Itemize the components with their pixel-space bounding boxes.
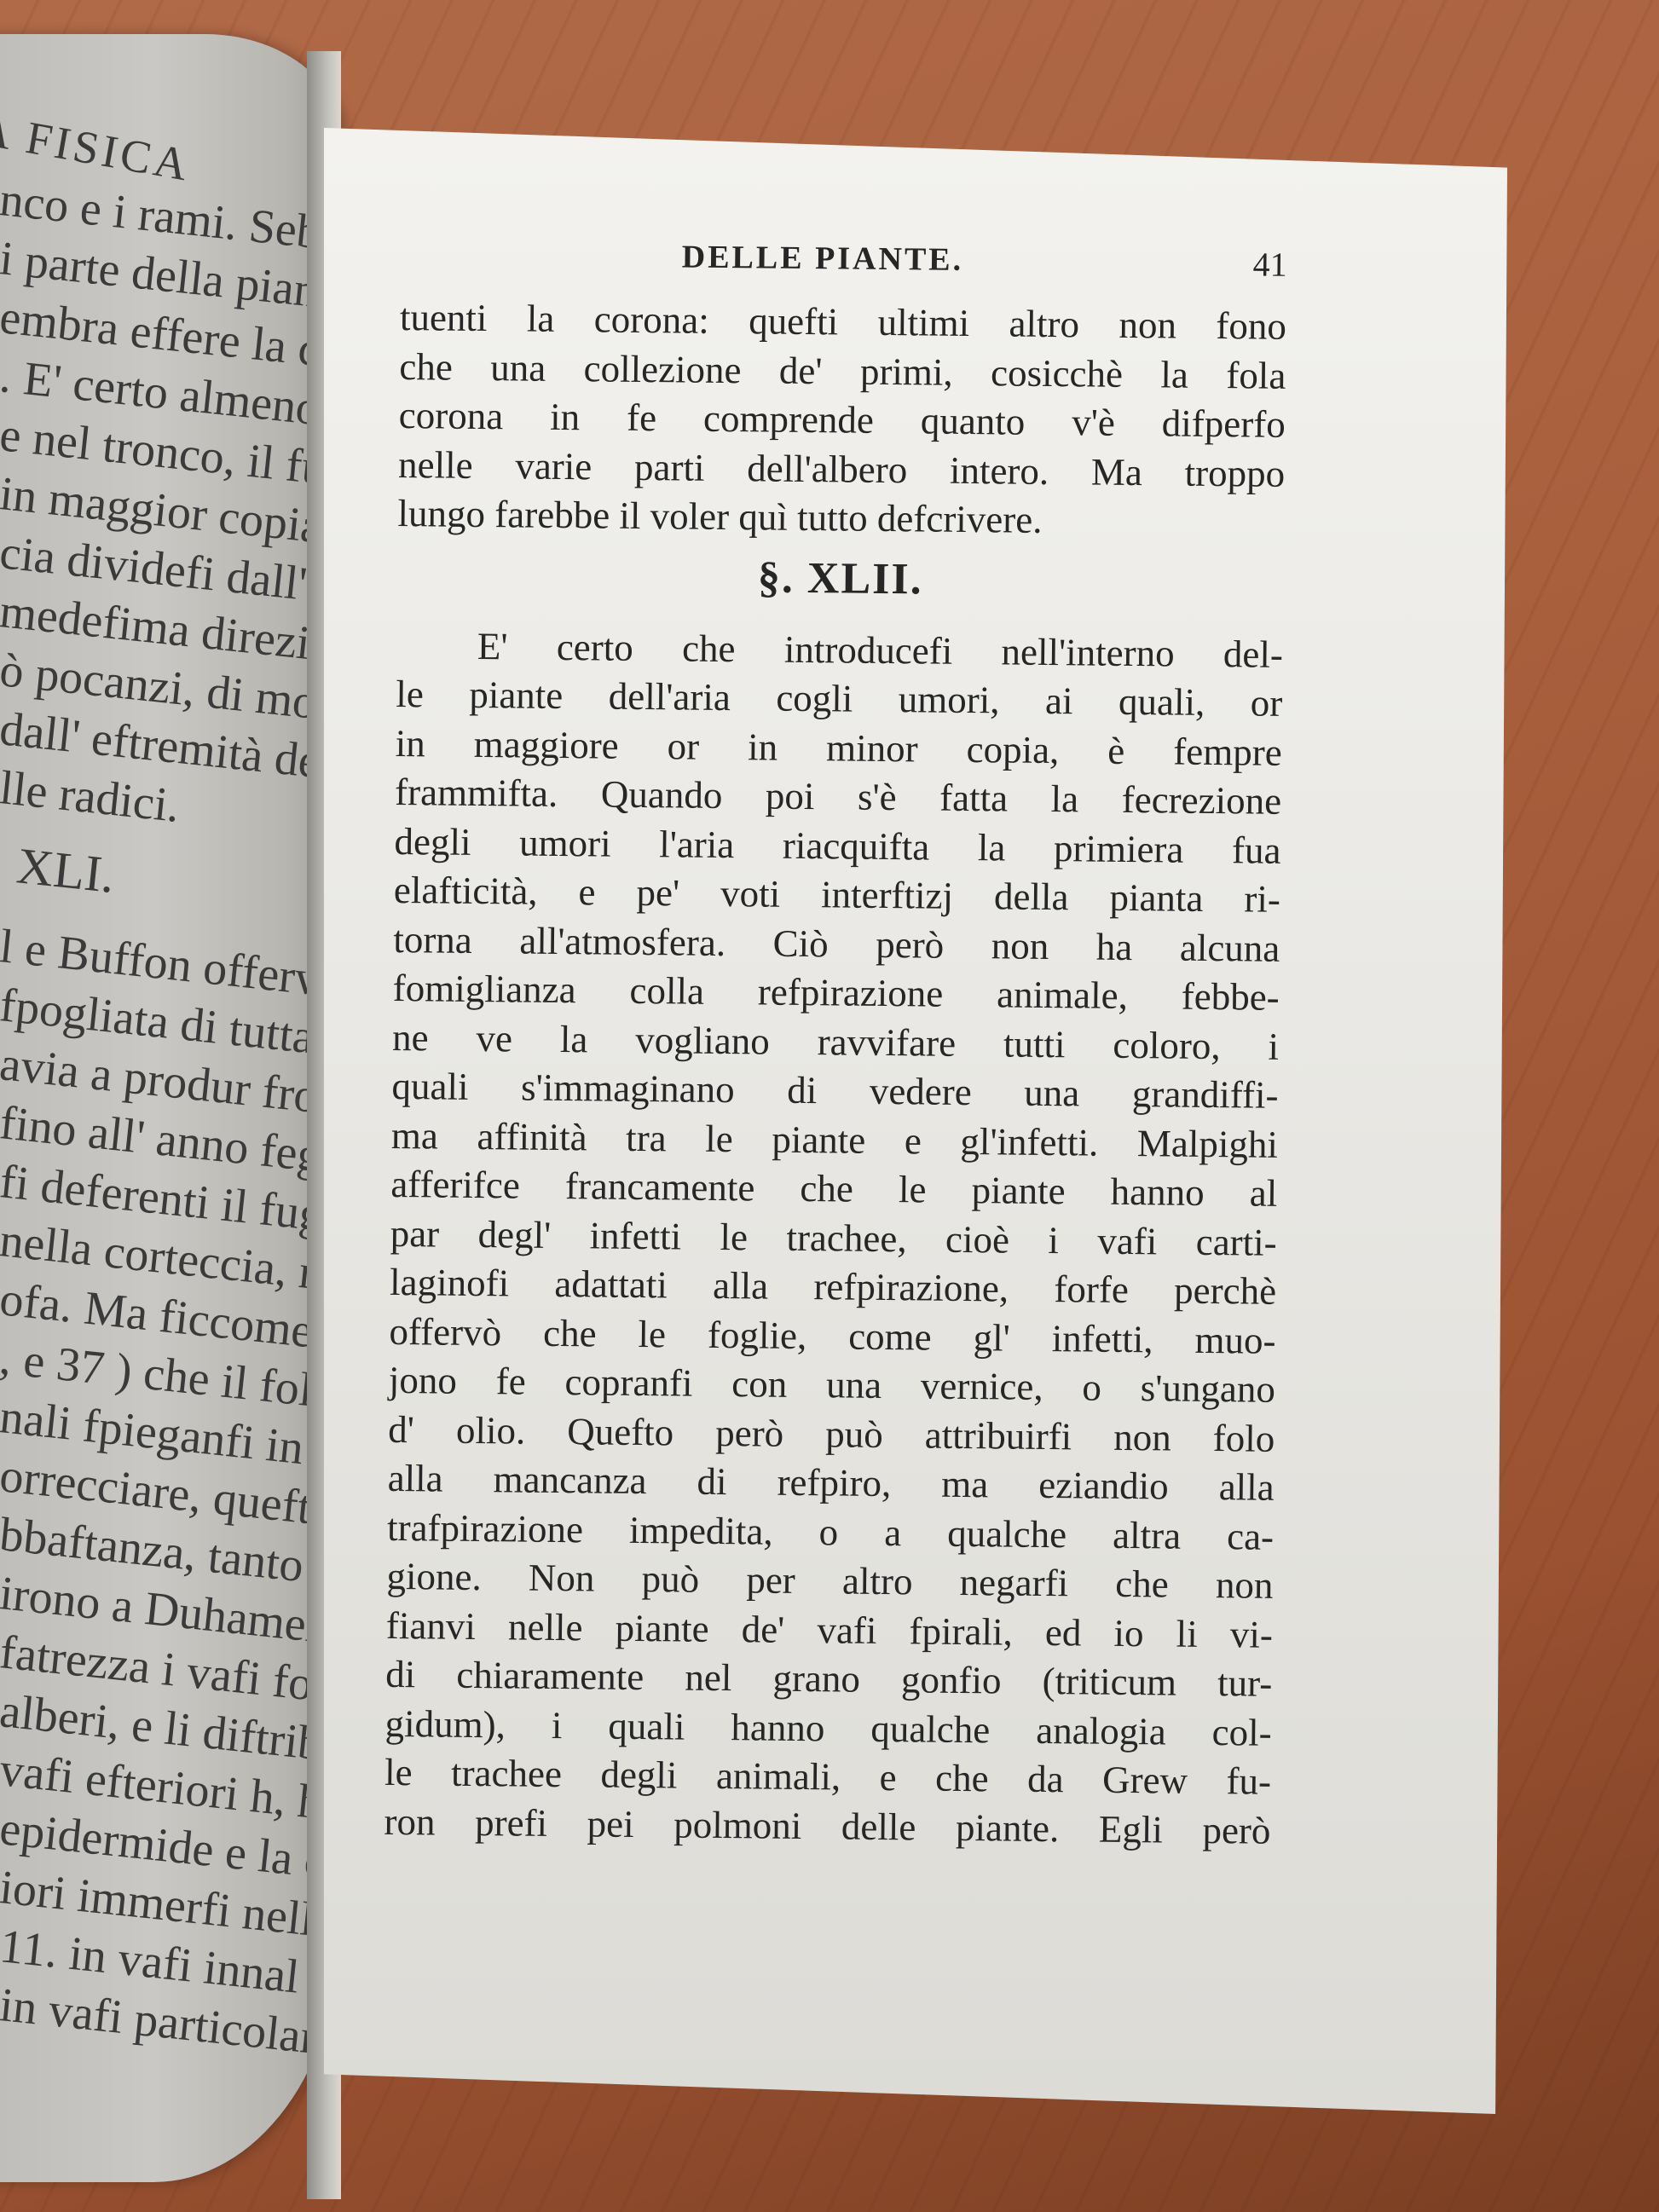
text-line: fianvi nelle piante de' vafi fpirali, ed… — [386, 1601, 1274, 1659]
text-line: degli umori l'aria riacquifta la primier… — [394, 817, 1281, 875]
text-line: trafpirazione impedita, o a qualche altr… — [387, 1503, 1275, 1561]
text-line: ne ve la vogliano ravvifare tutti coloro… — [392, 1013, 1280, 1071]
text-line: quali s'immaginano di vedere una grandif… — [391, 1062, 1279, 1120]
text-line: corona in fe comprende quanto v'è difper… — [398, 391, 1286, 449]
text-line: jono fe copranfi con una vernice, o s'un… — [389, 1356, 1276, 1414]
running-title: DELLE PIANTE. — [682, 238, 964, 278]
text-line: afferifce francamente che le piante hann… — [390, 1160, 1278, 1218]
text-line: le trachee degli animali, e che da Grew … — [384, 1748, 1272, 1806]
text-line: gidum), i quali hanno qualche analogia c… — [384, 1699, 1272, 1757]
section-heading-xlii: §. XLII. — [397, 548, 1285, 608]
text-line: ma affinità tra le piante e gl'infetti. … — [391, 1111, 1279, 1169]
text-line: ron prefi pei polmoni delle piante. Egli… — [384, 1797, 1271, 1855]
text-line: che una collezione de' primi, cosicchè l… — [399, 342, 1286, 400]
text-line: tuenti la corona: quefti ultimi altro no… — [400, 293, 1287, 351]
text-line: in maggiore or in minor copia, è fempre — [395, 719, 1282, 777]
text-line: le piante dell'aria cogli umori, ai qual… — [396, 670, 1283, 728]
text-line: laginofi adattati alla refpirazione, for… — [390, 1258, 1277, 1316]
section-heading-xli: XLI. — [0, 835, 341, 931]
text-line: d' olio. Quefto però può attribuirfi non… — [388, 1405, 1275, 1463]
text-line: di chiaramente nel grano gonfio (triticu… — [385, 1650, 1273, 1708]
page-number: 41 — [1252, 244, 1286, 284]
text-line: offervò che le foglie, come gl' infetti,… — [389, 1307, 1276, 1365]
text-line: nelle varie parti dell'albero intero. Ma… — [398, 440, 1286, 498]
text-line: lungo farebbe il voler quì tutto defcriv… — [397, 489, 1285, 547]
text-line: alla mancanza di refpiro, ma eziandio al… — [387, 1454, 1275, 1512]
text-line: gione. Non può per altro negarfi che non — [386, 1552, 1274, 1610]
text-line: torna all'atmosfera. Ciò però non ha alc… — [393, 915, 1280, 973]
running-head: DELLE PIANTE. 41 — [400, 235, 1287, 296]
text-line: frammifta. Quando poi s'è fatta la fecre… — [395, 768, 1282, 826]
left-page-text: nco e i rami. Seb i parte della pian emb… — [0, 170, 341, 2035]
text-line: elafticità, e pe' voti interftizj della … — [394, 866, 1281, 924]
text-line: fomiglianza colla refpirazione animale, … — [392, 964, 1280, 1022]
right-page-text: DELLE PIANTE. 41 tuenti la corona: queft… — [384, 235, 1287, 1856]
left-page: A FISICA nco e i rami. Seb i parte della… — [0, 34, 341, 2182]
text-line: E' certo che introducefi nell'interno de… — [396, 621, 1284, 679]
text-line: par degl' infetti le trachee, cioè i vaf… — [390, 1209, 1277, 1267]
